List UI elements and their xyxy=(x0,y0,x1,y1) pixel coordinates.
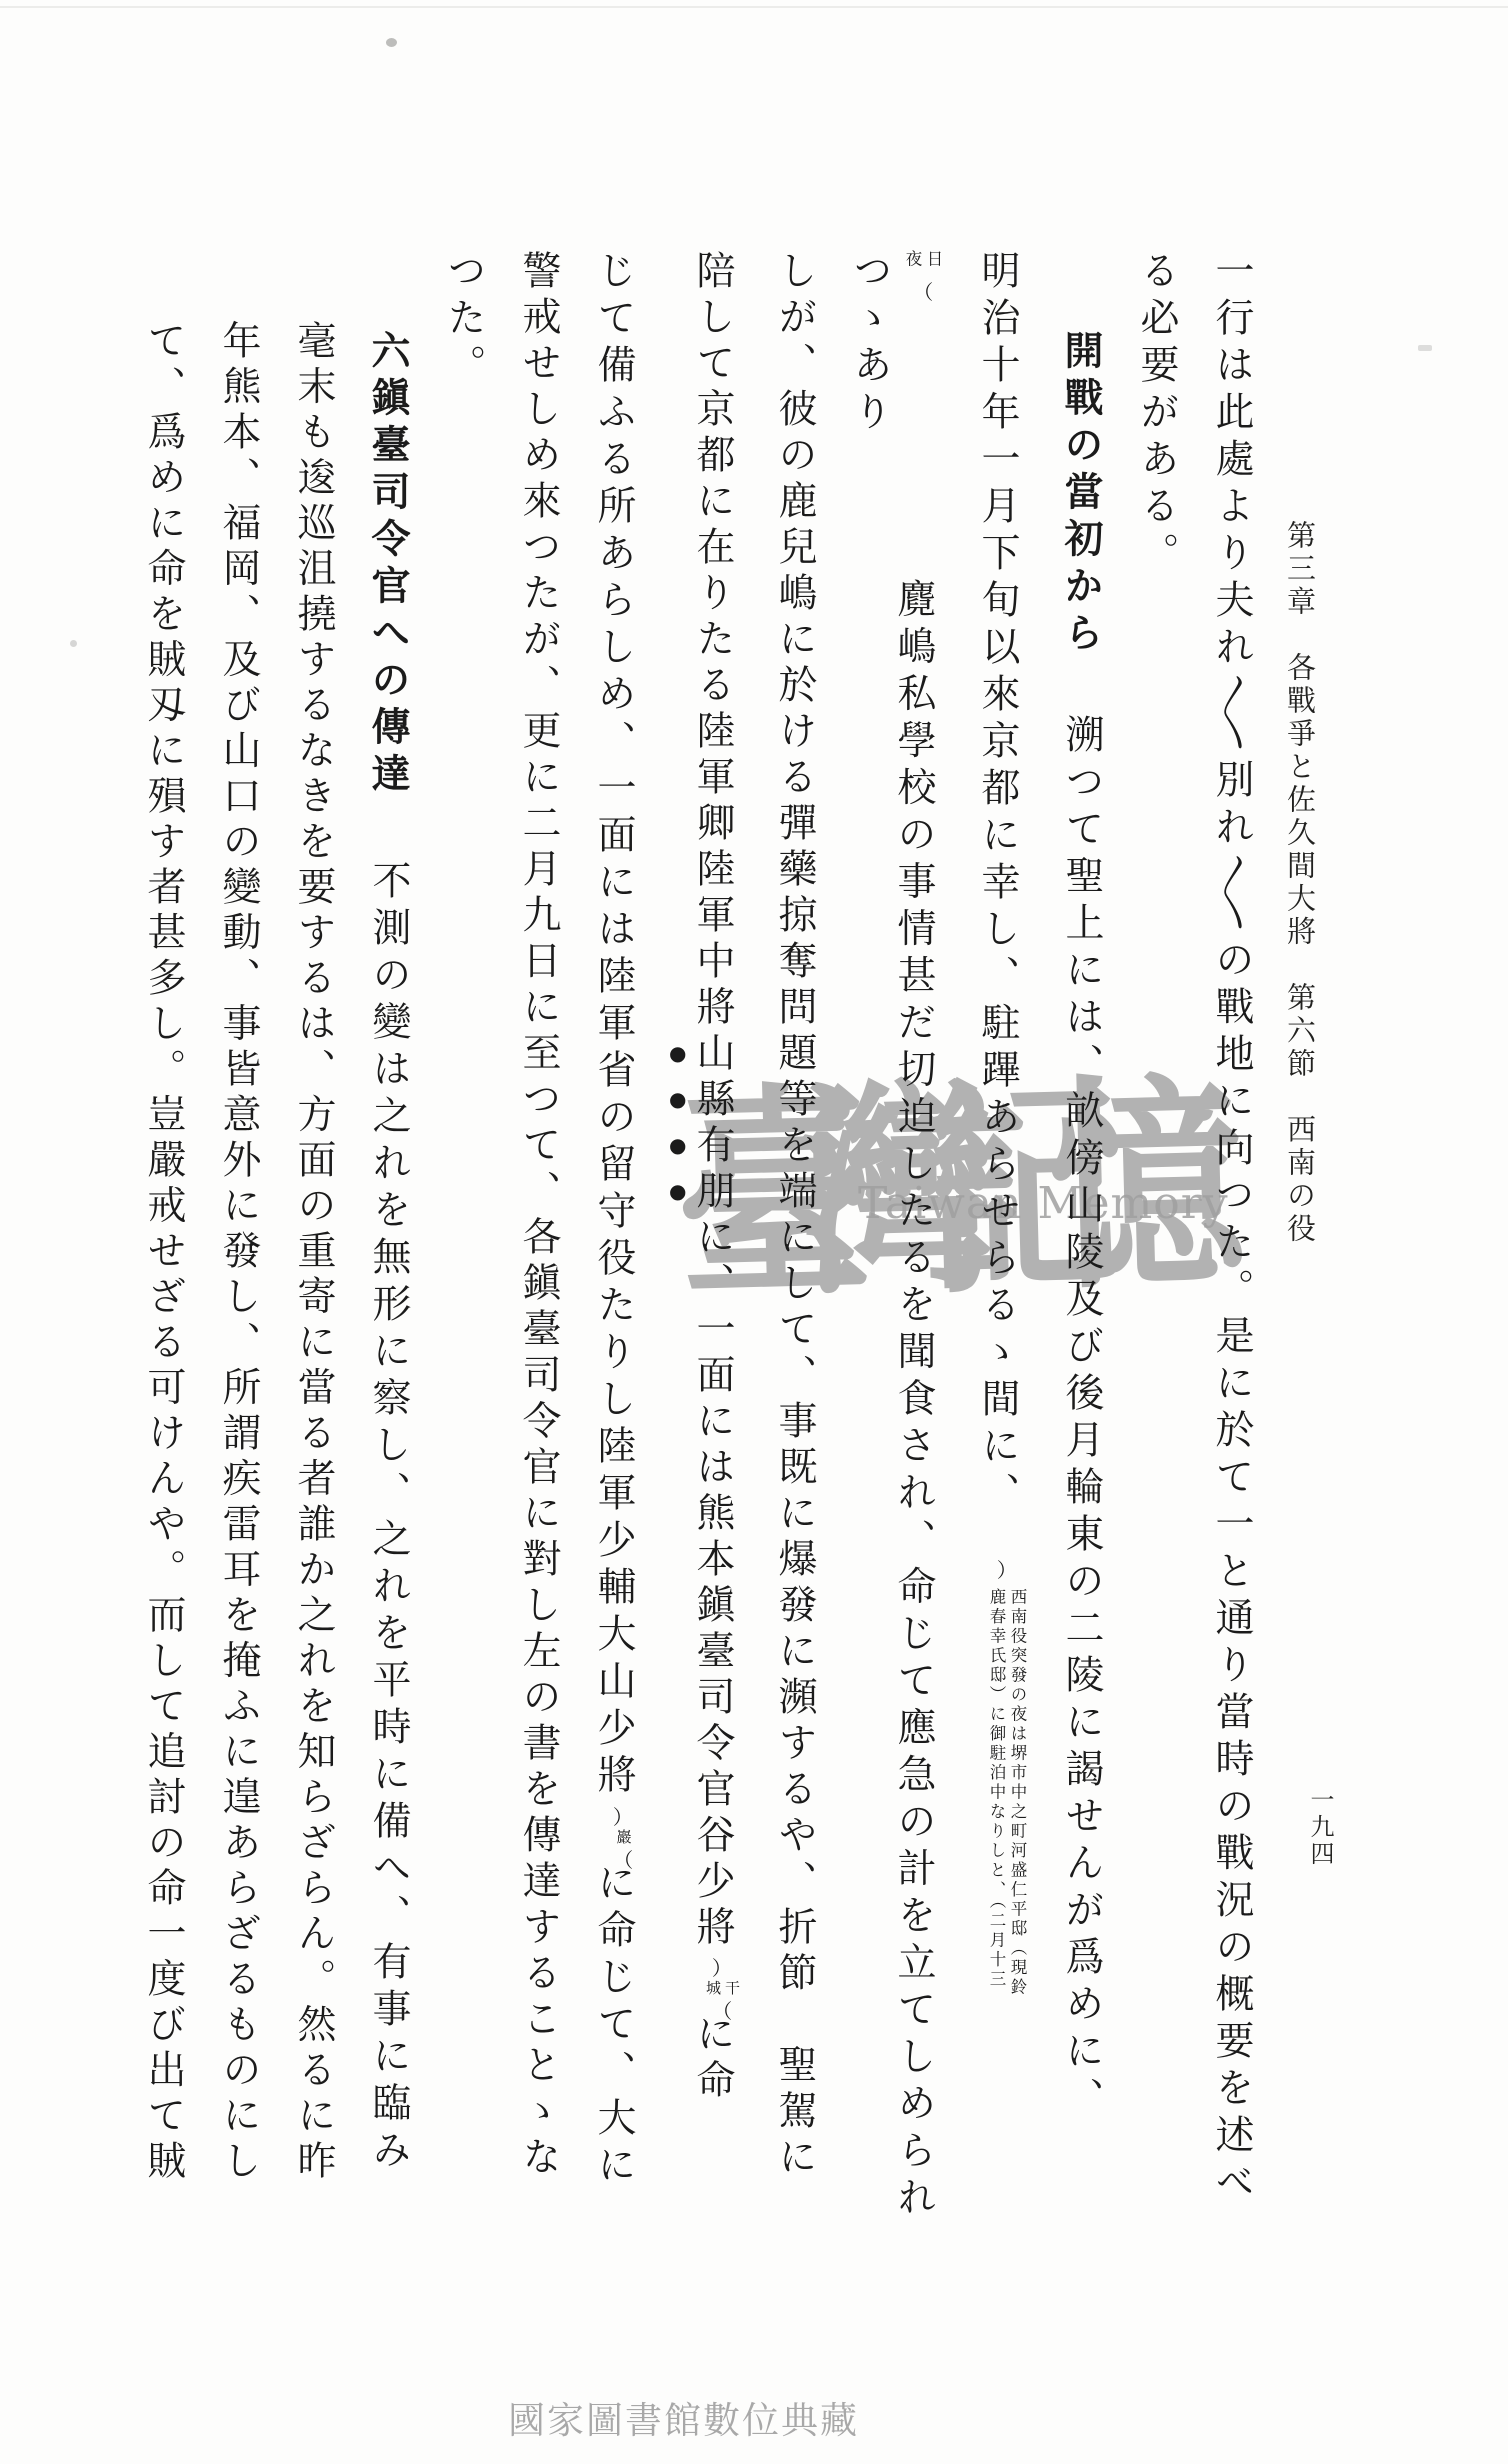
annotation-left-line: 夜 xyxy=(902,250,923,270)
annotation-line: 巖 xyxy=(614,1829,633,1846)
scanned-book-page: 臺灣記憶 Taiwan Memory 第三章 各戰爭と佐久間大將 第六節 西南の… xyxy=(0,0,1508,2464)
text-column-8: じて備ふる所あらしめ、一面には陸軍省の留守役たりし陸軍少輔大山少將 （ 巖 ） … xyxy=(591,250,635,2240)
inline-annotation-tateki: （ 干 城 ） xyxy=(703,1962,741,2003)
page-number: 一九四 xyxy=(1303,1787,1338,1868)
column-5-text: 麑嶋私學校の事情甚だ切迫したるを聞食され、命じて應急の計を立てしめられつゝあり xyxy=(847,250,936,2224)
annotation-open-paren: （ xyxy=(712,1956,732,1976)
text-column-4: 明治十年一月下旬以來京都に幸し、駐蹕あらせらるゝ間に、 （ 西南役突發の夜は堺市… xyxy=(975,250,1028,2240)
text-column-9: 警戒せしめ來つたが、更に二月九日に至つて、各鎭臺司令官に對し左の書を傳達すること… xyxy=(516,250,560,2240)
column-3-text: 溯つて聖上には、畝傍山陵及び後月輪東の二陵に謁せんが爲めに、 xyxy=(1059,714,1104,2124)
text-column-13: 年熊本、福岡、及び山口の變動、事皆意外に發し、所謂疾雷耳を掩ふに遑あらざるものに… xyxy=(216,250,260,2310)
column-11-text: 不測の變は之れを無形に察し、之れを平時に備へ、有事に臨み xyxy=(366,860,411,2176)
column-4-text: 明治十年一月下旬以來京都に幸し、駐蹕あらせらるゝ間に、 xyxy=(975,250,1020,1519)
annotation-close-paren: ） xyxy=(913,280,933,300)
section-heading-rokuchindai: 六鎭臺司令官への傳達 xyxy=(366,330,410,800)
text-column-3: 開戰の當初から溯つて聖上には、畝傍山陵及び後月輪東の二陵に謁せんが爲めに、 xyxy=(1059,250,1103,2320)
scan-speck xyxy=(386,38,397,47)
annotation-open-paren: （ xyxy=(997,1558,1017,1578)
annotation-close-paren: ） xyxy=(613,1848,633,1868)
text-column-2: る必要がある。 xyxy=(1134,250,1178,2240)
inline-annotation-tail: 日 夜 ） xyxy=(902,250,944,284)
digital-archive-caption: 國家圖書館數位典藏 xyxy=(508,2390,859,2444)
annotation-right-line: 日 xyxy=(923,250,944,270)
column-8-text: に命じて、大に xyxy=(591,1862,636,2191)
annotation-left-line: 城 xyxy=(703,1980,722,1997)
text-column-11: 六鎭臺司令官への傳達不測の變は之れを無形に察し、之れを平時に備へ、有事に臨み xyxy=(366,250,410,2320)
annotation-right-line: 干 xyxy=(722,1980,741,1997)
text-column-6: しが、彼の鹿兒嶋に於ける彈藥掠奪問題等を端にして、事既に爆發に瀕するや、折節 聖… xyxy=(772,250,816,2240)
scan-speck xyxy=(1418,345,1432,351)
main-text-block: 一行は此處より夫れ〳〵別れ〳〵の戰地に向つた。是に於て一と通り當時の戰況の概要を… xyxy=(195,250,1253,2240)
text-column-12: 毫末も逡巡沮撓するなきを要するは、方面の重寄に當る者誰か之れを知らざらん。然るに… xyxy=(291,250,335,2310)
emphasized-name-yamagata: 山縣有朋 xyxy=(690,1032,735,1216)
scan-edge-artifact xyxy=(0,6,1508,8)
annotation-right-line: 西南役突發の夜は堺市中之町河盛仁平邸（現鈴 xyxy=(1007,1588,1028,1998)
column-7-text: に、一面には熊本鎭臺司令官谷少將 xyxy=(690,1216,735,1952)
annotation-close-paren: ） xyxy=(712,1999,732,2019)
inline-annotation-iwao: （ 巖 ） xyxy=(614,1811,633,1852)
section-heading-kaisen: 開戰の當初から xyxy=(1059,330,1103,659)
column-8-text: じて備ふる所あらしめ、一面には陸軍省の留守役たりし陸軍少輔大山少將 xyxy=(591,250,636,1801)
inline-annotation: （ 西南役突發の夜は堺市中之町河盛仁平邸（現鈴 鹿春幸氏邸）に御駐泊中なりしと、… xyxy=(986,1564,1028,1998)
scan-speck xyxy=(70,640,77,647)
annotation-left-line: 鹿春幸氏邸）に御駐泊中なりしと、（二月十三 xyxy=(986,1588,1007,1998)
text-column-10: つた。 xyxy=(441,250,485,2240)
text-column-14: て、爲めに命を賊刄に殞す者甚多し。豈嚴戒せざる可けんや。而して追討の命一度び出て… xyxy=(141,250,185,2310)
chapter-header: 第三章 各戰爭と佐久間大將 第六節 西南の役 xyxy=(1280,520,1321,1246)
text-column-5: 日 夜 ） 麑嶋私學校の事情甚だ切迫したるを聞食され、命じて應急の計を立てしめら… xyxy=(847,250,944,2240)
text-column-1: 一行は此處より夫れ〳〵別れ〳〵の戰地に向つた。是に於て一と通り當時の戰況の概要を… xyxy=(1209,250,1253,2240)
column-7-text: に命 xyxy=(690,2013,735,2105)
text-column-7: 陪して京都に在りたる陸軍卿陸軍中將山縣有朋に、一面には熊本鎭臺司令官谷少將 （ … xyxy=(666,250,741,2240)
column-7-text: 陪して京都に在りたる陸軍卿陸軍中將 xyxy=(690,250,735,1032)
annotation-open-paren: （ xyxy=(613,1805,633,1825)
